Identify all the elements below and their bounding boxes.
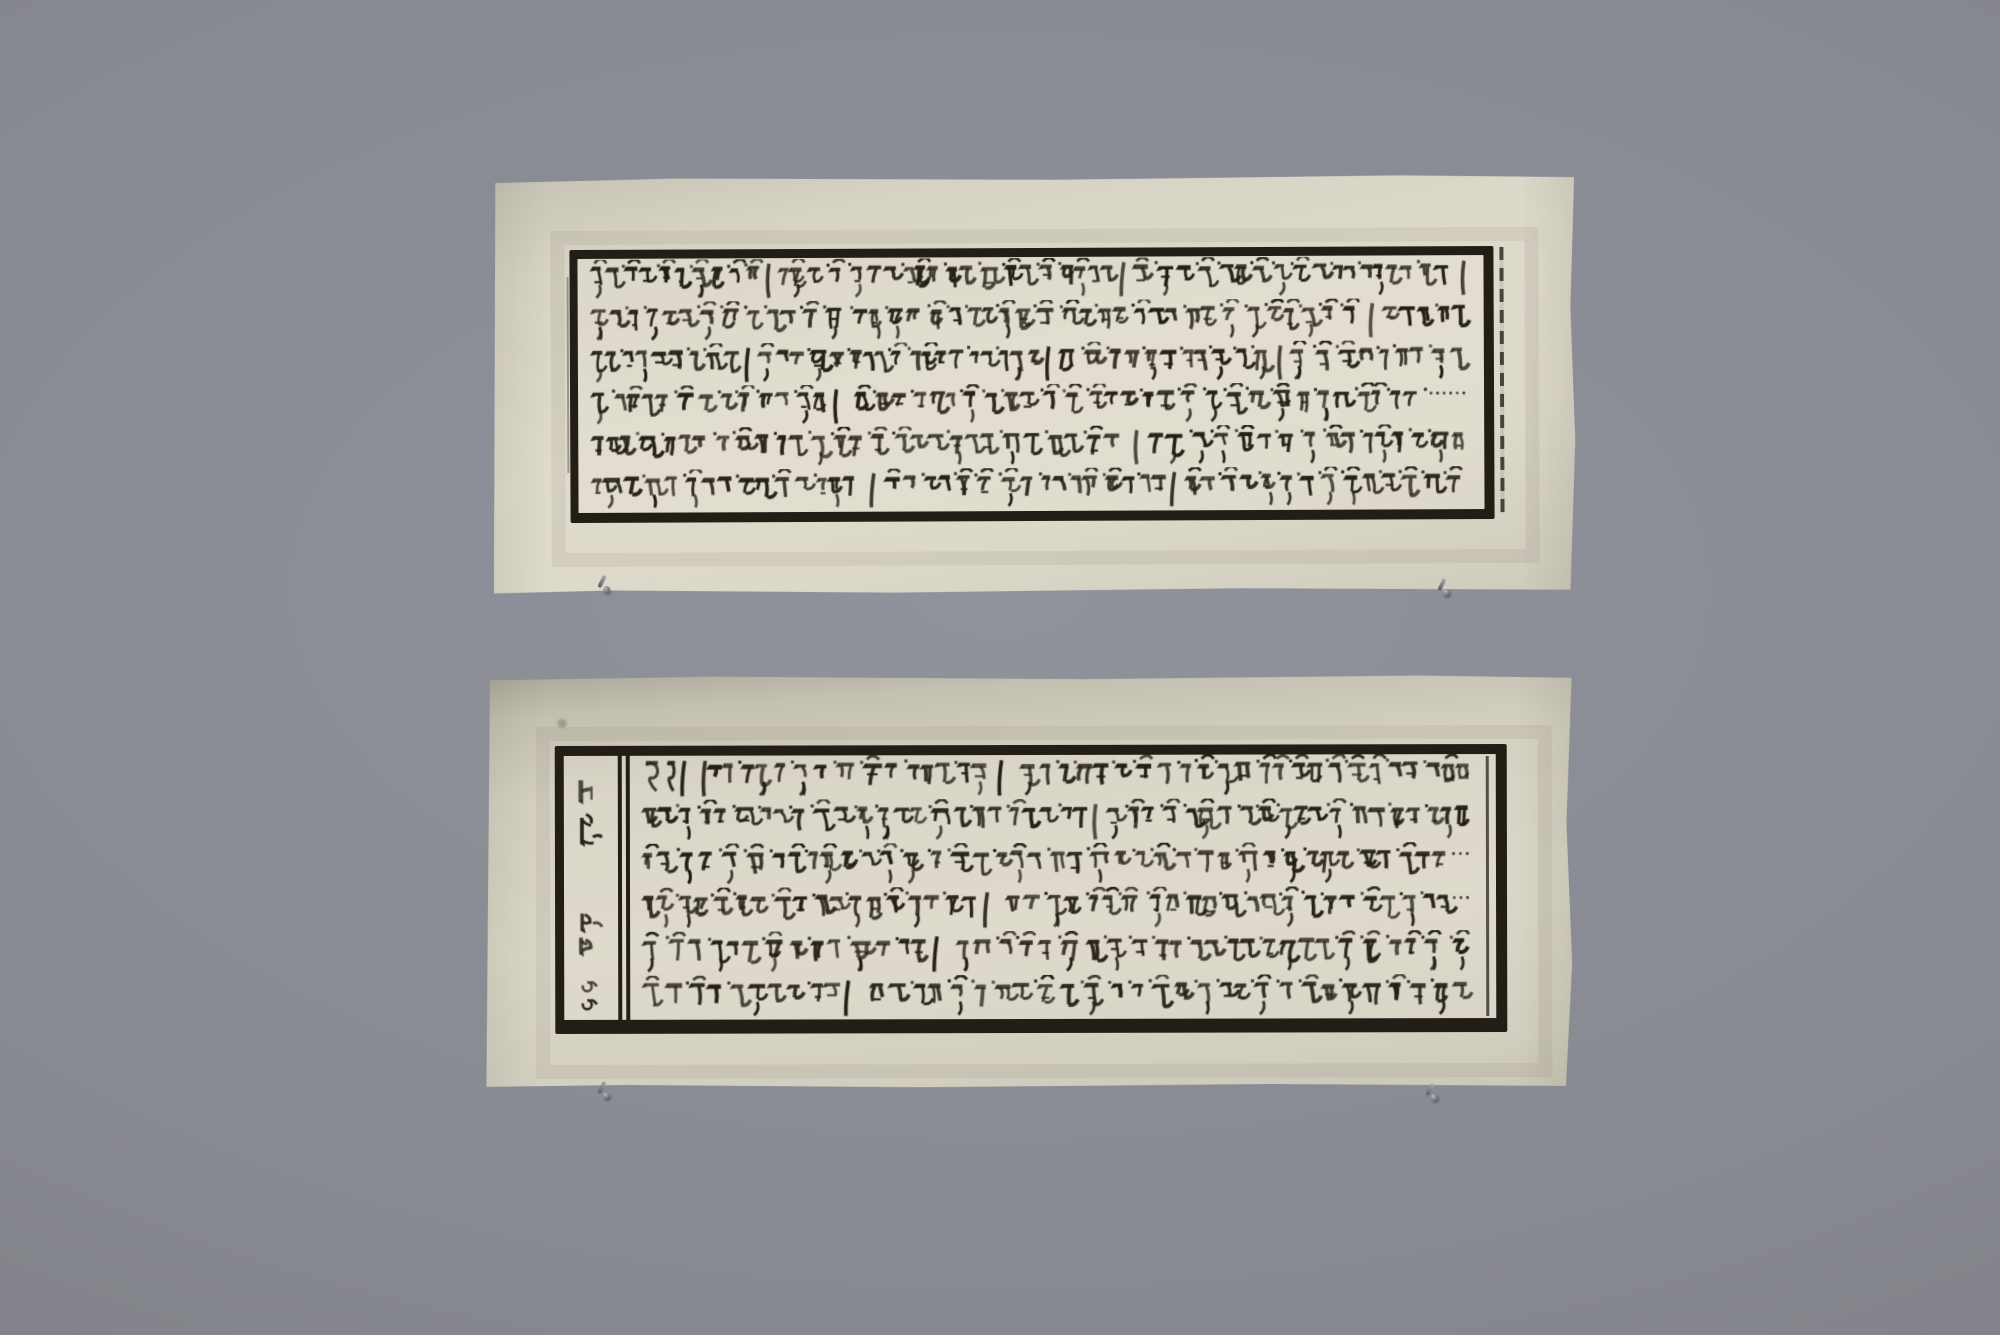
text-line bbox=[587, 340, 1476, 386]
push-pin bbox=[596, 573, 612, 595]
push-pin bbox=[1424, 1081, 1440, 1103]
text-line bbox=[638, 974, 1480, 1020]
upper-text-lines bbox=[586, 256, 1476, 512]
paper-stain bbox=[558, 719, 567, 728]
text-line bbox=[586, 256, 1475, 302]
upper-folio bbox=[492, 175, 1576, 595]
text-line bbox=[587, 382, 1476, 428]
lower-text-block bbox=[555, 744, 1508, 1034]
lower-folio bbox=[486, 675, 1573, 1088]
lower-text-lines bbox=[630, 754, 1497, 1020]
margin-folio-number bbox=[575, 968, 607, 1020]
photo-stage: Two Tibetan woodblock-printed manuscript… bbox=[0, 0, 2000, 1335]
text-line bbox=[638, 930, 1480, 976]
text-line bbox=[638, 754, 1480, 800]
upper-text-block bbox=[569, 246, 1494, 523]
push-pin bbox=[596, 1079, 612, 1101]
margin-title-text bbox=[575, 760, 607, 852]
margin-divider-rule bbox=[618, 756, 631, 1020]
text-line bbox=[638, 886, 1480, 932]
text-line bbox=[587, 298, 1476, 344]
text-line bbox=[638, 842, 1480, 888]
margin-column bbox=[564, 756, 619, 1020]
text-line bbox=[587, 466, 1476, 512]
text-line bbox=[587, 424, 1476, 470]
text-line bbox=[638, 798, 1480, 844]
margin-section-text bbox=[575, 898, 607, 962]
push-pin bbox=[1436, 576, 1452, 598]
